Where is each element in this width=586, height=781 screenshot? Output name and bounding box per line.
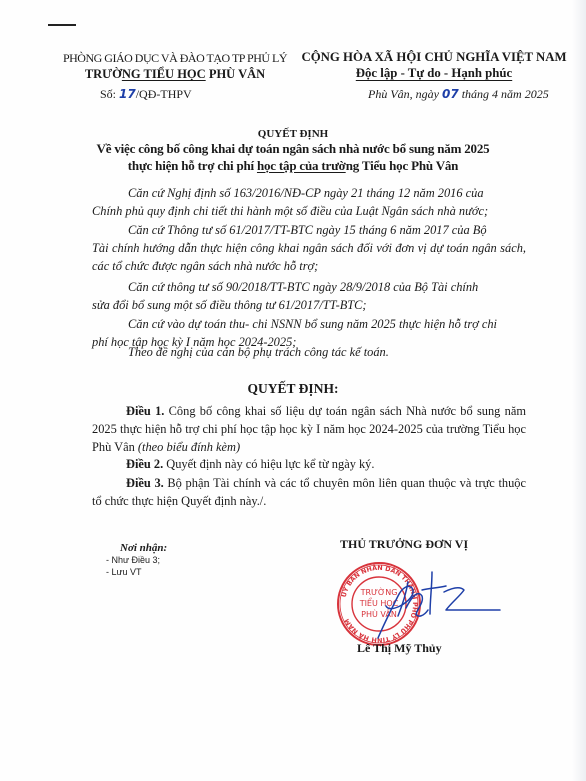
preamble-item: Căn cứ thông tư số 90/2018/TT-BTC ngày 2… bbox=[92, 278, 526, 314]
document-subject-line2: thực hiện hỗ trợ chi phí học tập của trư… bbox=[0, 158, 586, 174]
signer-title: THỦ TRƯỞNG ĐƠN VỊ bbox=[340, 537, 468, 552]
preamble-item: Căn cứ Nghị định số 163/2016/NĐ-CP ngày … bbox=[92, 184, 526, 220]
recipient-item: - Lưu VT bbox=[106, 566, 167, 578]
handwritten-signature-icon bbox=[372, 566, 502, 646]
national-header: CỘNG HÒA XÃ HỘI CHỦ NGHĨA VIỆT NAM Độc l… bbox=[288, 50, 580, 81]
scanned-document-page: PHÒNG GIÁO DỤC VÀ ĐÀO TẠO TP PHỦ LÝ TRƯỜ… bbox=[0, 0, 586, 781]
national-motto: Độc lập - Tự do - Hạnh phúc bbox=[288, 66, 580, 81]
issuer-parent-agency: PHÒNG GIÁO DỤC VÀ ĐÀO TẠO TP PHỦ LÝ bbox=[56, 51, 294, 66]
decision-heading: QUYẾT ĐỊNH: bbox=[0, 381, 586, 397]
recipient-item: - Như Điều 3; bbox=[106, 554, 167, 566]
document-subject-line1: Về việc công bố công khai dự toán ngân s… bbox=[0, 141, 586, 157]
handwritten-number: 17 bbox=[119, 87, 136, 101]
recipients-label: Nơi nhận: bbox=[120, 542, 167, 554]
document-type: QUYẾT ĐỊNH bbox=[0, 128, 586, 140]
article-3: Điều 3. Bộ phận Tài chính và các tổ chuy… bbox=[92, 474, 526, 510]
preamble-item: Theo đề nghị của cán bộ phụ trách công t… bbox=[92, 343, 526, 361]
signer-name: Lê Thị Mỹ Thủy bbox=[357, 641, 442, 656]
article-1: Điều 1. Công bố công khai số liệu dự toá… bbox=[92, 402, 526, 456]
issuer-header: PHÒNG GIÁO DỤC VÀ ĐÀO TẠO TP PHỦ LÝ TRƯỜ… bbox=[56, 51, 294, 82]
preamble-item: Căn cứ Thông tư số 61/2017/TT-BTC ngày 1… bbox=[92, 221, 526, 275]
recipients-block: Nơi nhận: - Như Điều 3; - Lưu VT bbox=[106, 542, 167, 578]
handwritten-day: 07 bbox=[442, 87, 459, 101]
document-number: Số: 17/QĐ-THPV bbox=[100, 87, 192, 102]
article-2: Điều 2. Quyết định này có hiệu lực kể từ… bbox=[92, 455, 526, 473]
date-line: Phù Vân, ngày 07 tháng 4 năm 2025 bbox=[368, 87, 549, 102]
scan-mark bbox=[48, 24, 76, 26]
issuer-school: TRƯỜNG TIỂU HỌC PHÙ VÂN bbox=[56, 67, 294, 82]
national-name: CỘNG HÒA XÃ HỘI CHỦ NGHĨA VIỆT NAM bbox=[288, 50, 580, 65]
